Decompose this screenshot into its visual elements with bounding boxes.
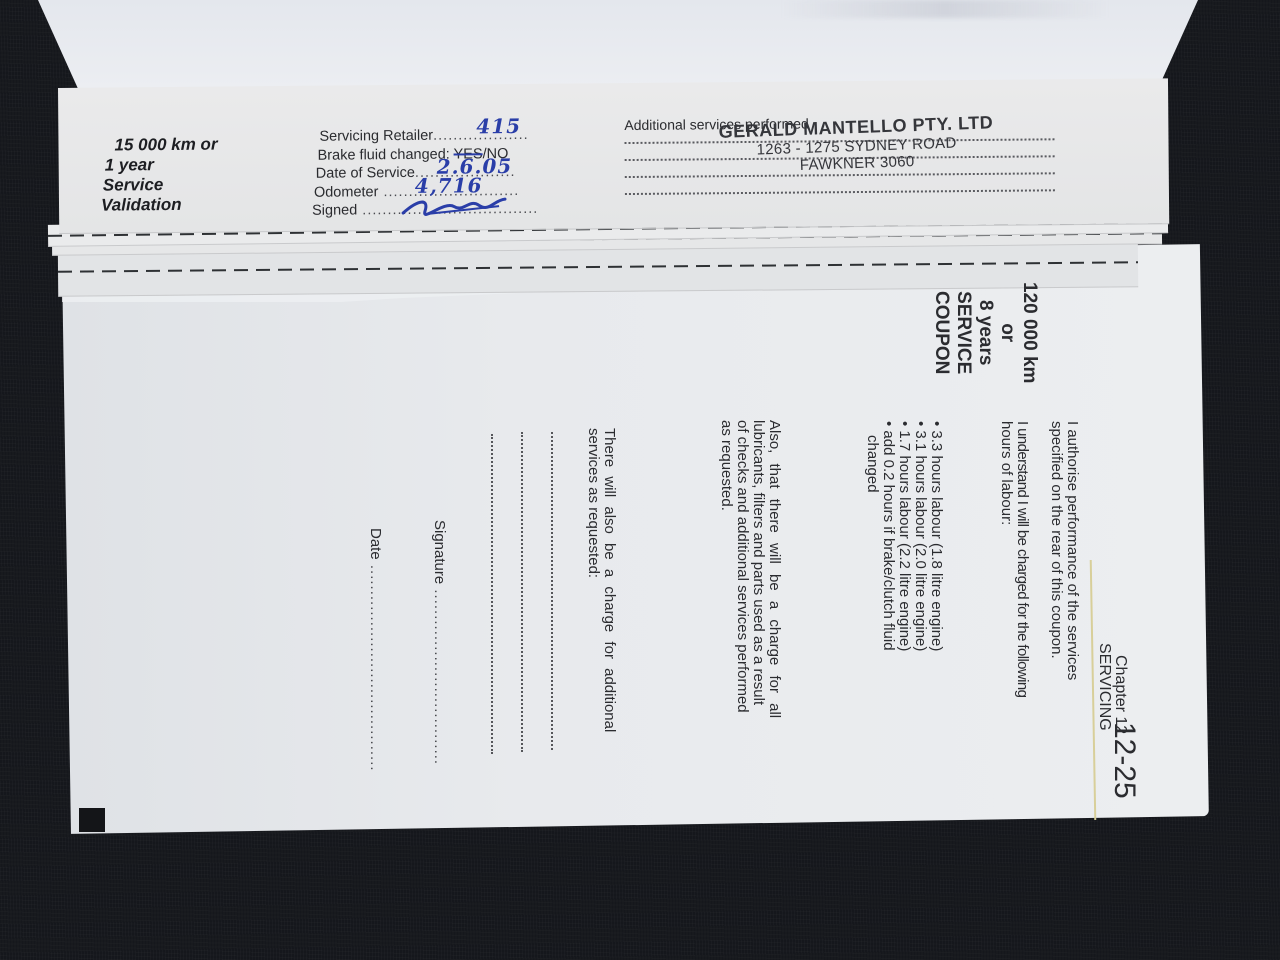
cover-faint-print xyxy=(780,0,1110,18)
additional-services-charge-text: There will also be a charge for addition… xyxy=(585,428,617,732)
service-validation-coupon: 15 000 km or 1 year Service Validation S… xyxy=(58,78,1169,234)
service-coupon-title: 120 000 km or 8 years SERVICE COUPON xyxy=(930,282,1040,383)
labour-hours-list: • 3.3 hours labour (1.8 litre engine) • … xyxy=(864,421,944,651)
additional-services-line-3[interactable] xyxy=(491,434,493,754)
page-marker-block xyxy=(79,808,105,832)
servicing-retailer-field[interactable]: Servicing Retailer................... 41… xyxy=(308,126,537,146)
authorise-text: I authorise performance of the services … xyxy=(1048,421,1080,680)
list-item: • 3.1 hours labour (2.0 litre engine) xyxy=(912,421,928,651)
additional-services-line-1[interactable] xyxy=(551,432,553,750)
list-item: changed xyxy=(864,421,880,651)
handwritten-signature xyxy=(399,196,509,217)
servicing-retailer-value: 415 xyxy=(476,117,521,136)
validation-form: Servicing Retailer................... 41… xyxy=(308,126,538,220)
labour-text: I understand I will be charged for the f… xyxy=(998,421,1030,697)
list-item: • add 0.2 hours if brake/clutch fluid xyxy=(880,421,896,651)
date-field[interactable]: Date ...................................… xyxy=(367,528,383,772)
page-number: 12-25 xyxy=(1107,722,1141,799)
signed-field[interactable]: Signed .................................… xyxy=(309,200,538,220)
signature-field[interactable]: Signature ..............................… xyxy=(431,520,447,765)
chapter-heading: Chapter 12 SERVICING xyxy=(1096,643,1128,734)
list-item: • 1.7 hours labour (2.2 litre engine) xyxy=(896,421,912,651)
additional-services-line-2[interactable] xyxy=(521,432,523,752)
odometer-value: 4,716 xyxy=(415,176,483,195)
additional-charges-text: Also, that there will be a charge for al… xyxy=(718,420,782,718)
validation-title: 15 000 km or 1 year Service Validation xyxy=(100,135,218,216)
list-item: • 3.3 hours labour (1.8 litre engine) xyxy=(928,421,944,651)
